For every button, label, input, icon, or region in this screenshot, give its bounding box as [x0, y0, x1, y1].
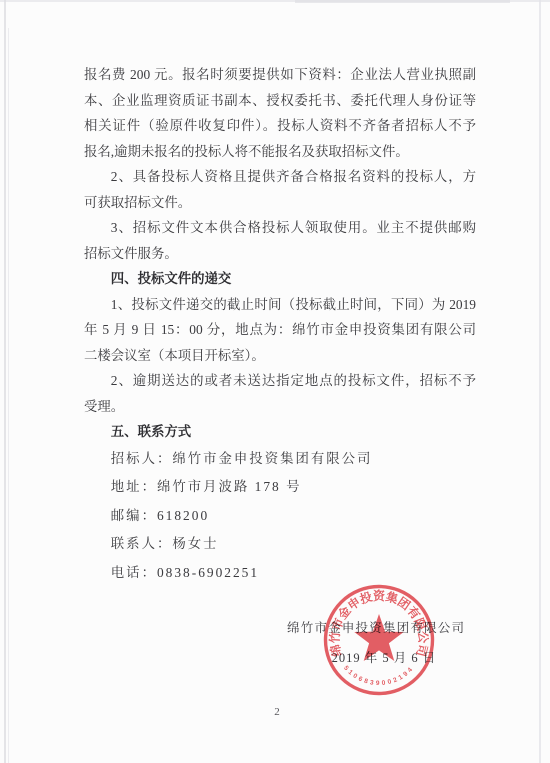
document-line: 可获取招标文件。	[84, 190, 476, 216]
document-line: 报名,逾期未报名的投标人将不能报名及获取招标文件。	[84, 139, 476, 165]
document-line: 3、招标文件文本供合格投标人领取使用。业主不提供邮购	[84, 215, 476, 241]
document-line: 受理。	[84, 394, 476, 420]
text-block: 报名费 200 元。报名时须要提供如下资料：企业法人营业执照副本、企业监理资质证…	[84, 62, 476, 587]
scanned-page: 报名费 200 元。报名时须要提供如下资料：企业法人营业执照副本、企业监理资质证…	[0, 0, 550, 763]
document-line: 邮编：618200	[84, 502, 476, 531]
document-line: 二楼会议室（本项目开标室）。	[84, 343, 476, 369]
scan-edge-left-faint	[8, 28, 9, 763]
document-line: 招标人：绵竹市金申投资集团有限公司	[84, 445, 476, 474]
document-line: 年 5 月 9 日 15：00 分，地点为：绵竹市金申投资集团有限公司	[84, 317, 476, 343]
scan-smudge	[295, 0, 510, 3]
document-line: 2、逾期送达的或者未送达指定地点的投标文件，招标不予	[84, 368, 476, 394]
section-heading: 五、联系方式	[84, 419, 476, 445]
document-line: 2、具备投标人资格且提供齐备合格报名资料的投标人，方	[84, 164, 476, 190]
document-line: 1、投标文件递交的截止时间（投标截止时间，下同）为 2019	[84, 292, 476, 318]
scan-edge-left	[4, 0, 6, 763]
company-seal-stamp: 绵竹市金申投资集团有限公司 5106839002194	[309, 570, 449, 710]
section-heading: 四、投标文件的递交	[84, 266, 476, 292]
scan-edge-right	[539, 0, 541, 763]
seal-serial-number: 5106839002194	[342, 665, 416, 687]
page-number: 2	[0, 706, 550, 718]
document-line: 联系人：杨女士	[84, 530, 476, 559]
red-star-icon	[354, 614, 403, 661]
document-line: 报名费 200 元。报名时须要提供如下资料：企业法人营业执照副	[84, 62, 476, 88]
document-line: 相关证件（验原件收复印件）。投标人资料不齐备者招标人不予	[84, 113, 476, 139]
document-line: 地址：绵竹市月波路 178 号	[84, 473, 476, 502]
document-line: 本、企业监理资质证书副本、授权委托书、委托代理人身份证等	[84, 88, 476, 114]
document-line: 招标文件服务。	[84, 241, 476, 267]
